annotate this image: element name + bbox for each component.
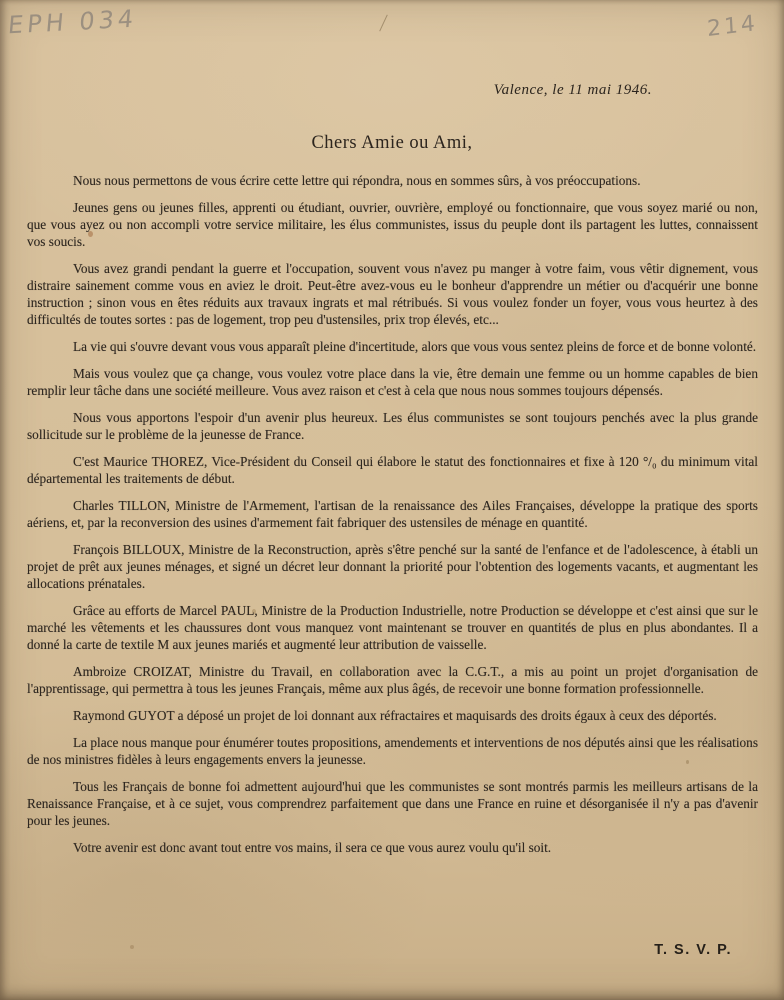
paragraph-change: Mais vous voulez que ça change, vous vou… [27,365,758,399]
paragraph-uncertainty: La vie qui s'ouvre devant vous vous appa… [27,338,758,355]
paragraph-guyot: Raymond GUYOT a déposé un projet de loi … [27,707,758,724]
pencil-page-number: 214 [707,11,759,42]
tsvp-closing: T. S. V. P. [654,942,732,958]
letter-page: EPH 034 214 Valence, le 11 mai 1946. Che… [0,0,784,1000]
paragraph-hope: Nous vous apportons l'espoir d'un avenir… [27,409,758,443]
paragraph-renaissance: Tous les Français de bonne foi admettent… [27,778,758,829]
letter-body: Nous nous permettons de vous écrire cett… [27,172,758,866]
paragraph-place-manque: La place nous manque pour énumérer toute… [27,734,758,768]
paragraph-conclusion: Votre avenir est donc avant tout entre v… [27,839,758,856]
paragraph-war-hardships: Vous avez grandi pendant la guerre et l'… [27,260,758,328]
paragraph-thorez: C'est Maurice THOREZ, Vice-Président du … [27,453,758,487]
pencil-archive-code: EPH 034 [7,5,138,40]
paper-stain [130,945,134,949]
paragraph-intro: Nous nous permettons de vous écrire cett… [27,172,758,189]
paragraph-audience: Jeunes gens ou jeunes filles, apprenti o… [27,199,758,250]
paragraph-croizat: Ambroize CROIZAT, Ministre du Travail, e… [27,663,758,697]
letter-dateline: Valence, le 11 mai 1946. [494,82,652,99]
paper-crease-mark [379,15,388,32]
paragraph-billoux: François BILLOUX, Ministre de la Reconst… [27,541,758,592]
letter-salutation: Chers Amie ou Ami, [0,133,784,154]
paragraph-paul: Grâce au efforts de Marcel PAUL, Ministr… [27,602,758,653]
paragraph-tillon: Charles TILLON, Ministre de l'Armement, … [27,497,758,531]
